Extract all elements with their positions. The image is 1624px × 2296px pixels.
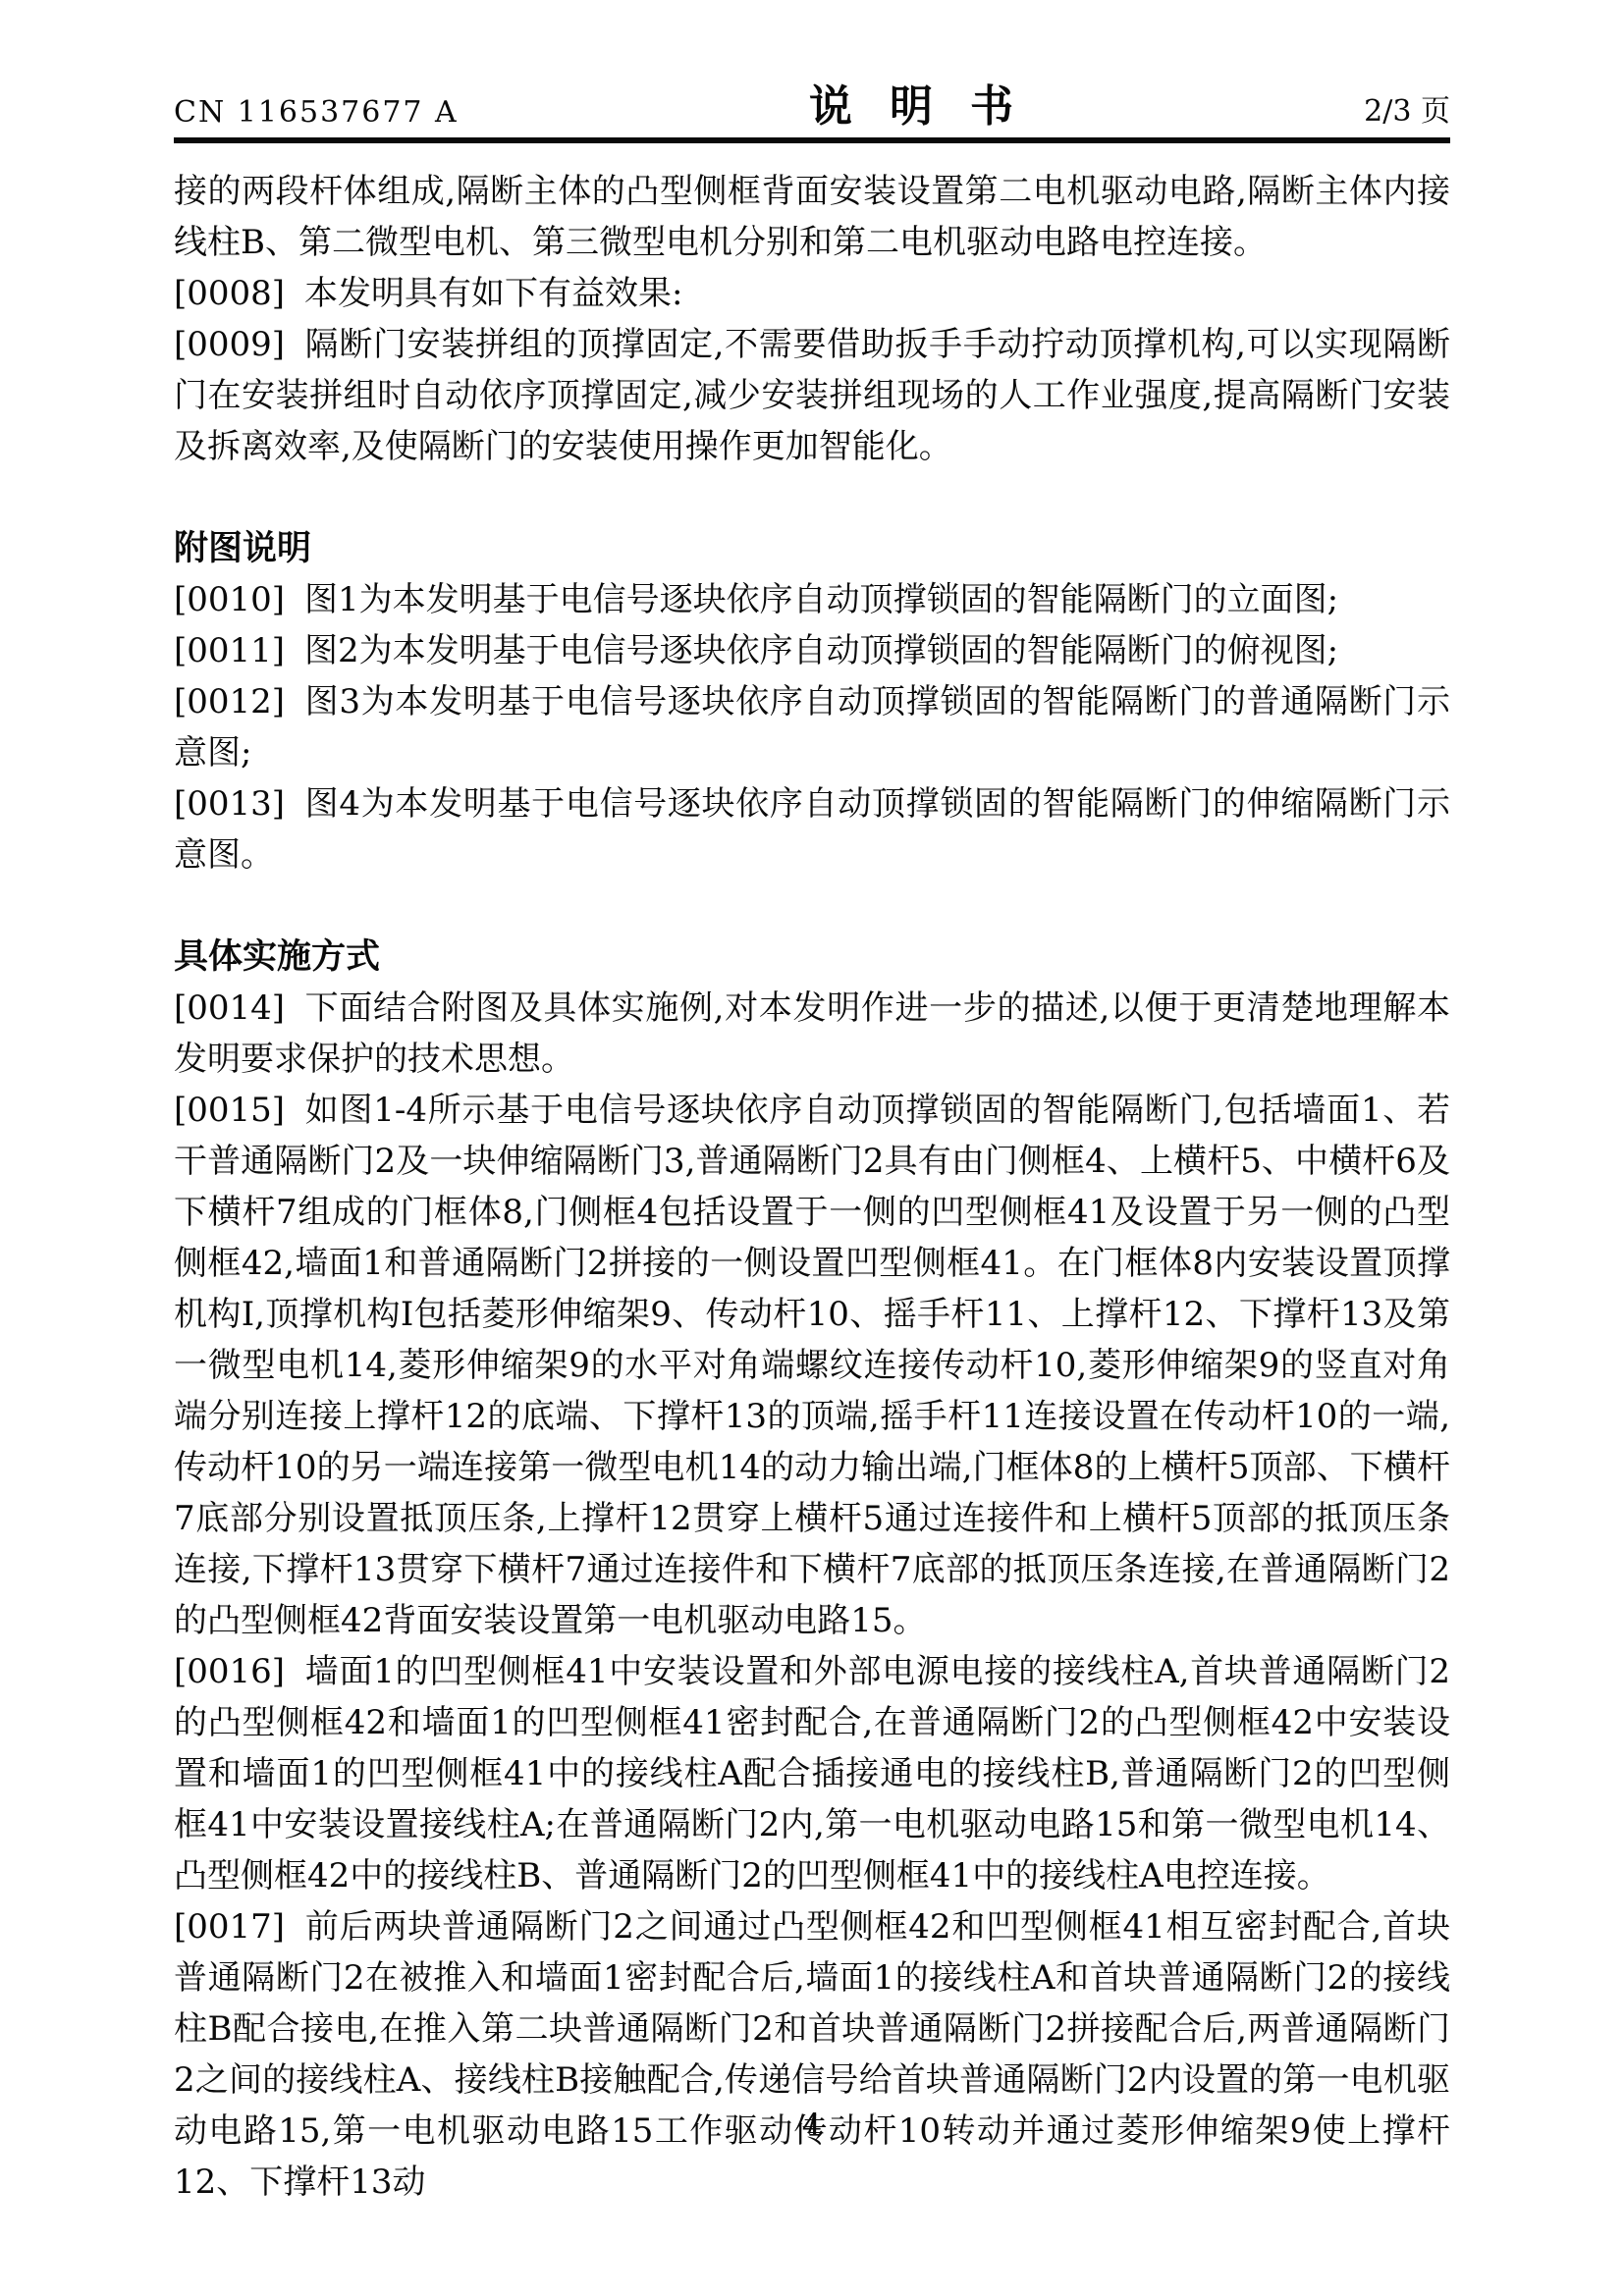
paragraph-number: [0017] (174, 1901, 304, 1952)
page-header: CN 116537677 A 说明书 2/3 页 (174, 0, 1450, 143)
paragraph-number: [0010] (174, 574, 304, 625)
paragraph: [0012]图3为本发明基于电信号逐块依序自动顶撑锁固的智能隔断门的普通隔断门示… (174, 676, 1450, 778)
paragraph-number: [0013] (174, 778, 304, 829)
page-indicator: 2/3 页 (1364, 86, 1450, 137)
paragraph: [0016]墙面1的凹型侧框41中安装设置和外部电源电接的接线柱A,首块普通隔断… (174, 1646, 1450, 1901)
paragraph: [0013]图4为本发明基于电信号逐块依序自动顶撑锁固的智能隔断门的伸缩隔断门示… (174, 778, 1450, 881)
doc-number: CN 116537677 A (174, 95, 459, 137)
paragraph-number: [0012] (174, 676, 304, 727)
paragraph: [0017]前后两块普通隔断门2之间通过凸型侧框42和凹型侧框41相互密封配合,… (174, 1901, 1450, 2208)
page-title: 说明书 (809, 71, 1051, 137)
paragraph-text: 图3为本发明基于电信号逐块依序自动顶撑锁固的智能隔断门的普通隔断门示意图; (174, 682, 1450, 773)
paragraph-text: 接的两段杆体组成,隔断主体的凸型侧框背面安装设置第二电机驱动电路,隔断主体内接线… (174, 172, 1450, 262)
paragraph-text: 如图1-4所示基于电信号逐块依序自动顶撑锁固的智能隔断门,包括墙面1、若干普通隔… (174, 1091, 1450, 1640)
document-body: 接的两段杆体组成,隔断主体的凸型侧框背面安装设置第二电机驱动电路,隔断主体内接线… (174, 166, 1450, 2208)
paragraph-text: 图4为本发明基于电信号逐块依序自动顶撑锁固的智能隔断门的伸缩隔断门示意图。 (174, 784, 1450, 875)
paragraph-text: 本发明具有如下有益效果: (304, 274, 682, 313)
paragraph-number: [0015] (174, 1085, 304, 1136)
paragraph-text: 图1为本发明基于电信号逐块依序自动顶撑锁固的智能隔断门的立面图; (304, 580, 1338, 619)
paragraph-number: [0014] (174, 983, 304, 1034)
paragraph: [0010]图1为本发明基于电信号逐块依序自动顶撑锁固的智能隔断门的立面图; (174, 574, 1450, 625)
paragraph-text: 隔断门安装拼组的顶撑固定,不需要借助扳手手动拧动顶撑机构,可以实现隔断门在安装拼… (174, 325, 1450, 466)
paragraph-text: 图2为本发明基于电信号逐块依序自动顶撑锁固的智能隔断门的俯视图; (304, 631, 1338, 670)
paragraph: [0008]本发明具有如下有益效果: (174, 268, 1450, 319)
paragraph: [0011]图2为本发明基于电信号逐块依序自动顶撑锁固的智能隔断门的俯视图; (174, 625, 1450, 676)
page-number: 4 (802, 2107, 822, 2144)
paragraph-text: 前后两块普通隔断门2之间通过凸型侧框42和凹型侧框41相互密封配合,首块普通隔断… (174, 1907, 1450, 2202)
page-footer: 4 (0, 2100, 1624, 2151)
paragraph-number: [0011] (174, 625, 304, 676)
paragraph: [0014]下面结合附图及具体实施例,对本发明作进一步的描述,以便于更清楚地理解… (174, 983, 1450, 1085)
paragraph-number: [0008] (174, 268, 304, 319)
paragraph-text: 下面结合附图及具体实施例,对本发明作进一步的描述,以便于更清楚地理解本发明要求保… (174, 988, 1450, 1079)
paragraph-number: [0016] (174, 1646, 304, 1697)
paragraph-number: [0009] (174, 319, 304, 370)
patent-page: CN 116537677 A 说明书 2/3 页 接的两段杆体组成,隔断主体的凸… (0, 0, 1624, 2296)
section-heading-implementation: 具体实施方式 (174, 932, 1450, 983)
paragraph-text: 墙面1的凹型侧框41中安装设置和外部电源电接的接线柱A,首块普通隔断门2的凸型侧… (174, 1652, 1450, 1896)
paragraph-continuation: 接的两段杆体组成,隔断主体的凸型侧框背面安装设置第二电机驱动电路,隔断主体内接线… (174, 166, 1450, 268)
paragraph: [0015]如图1-4所示基于电信号逐块依序自动顶撑锁固的智能隔断门,包括墙面1… (174, 1085, 1450, 1646)
paragraph: [0009]隔断门安装拼组的顶撑固定,不需要借助扳手手动拧动顶撑机构,可以实现隔… (174, 319, 1450, 472)
section-heading-figures: 附图说明 (174, 523, 1450, 574)
